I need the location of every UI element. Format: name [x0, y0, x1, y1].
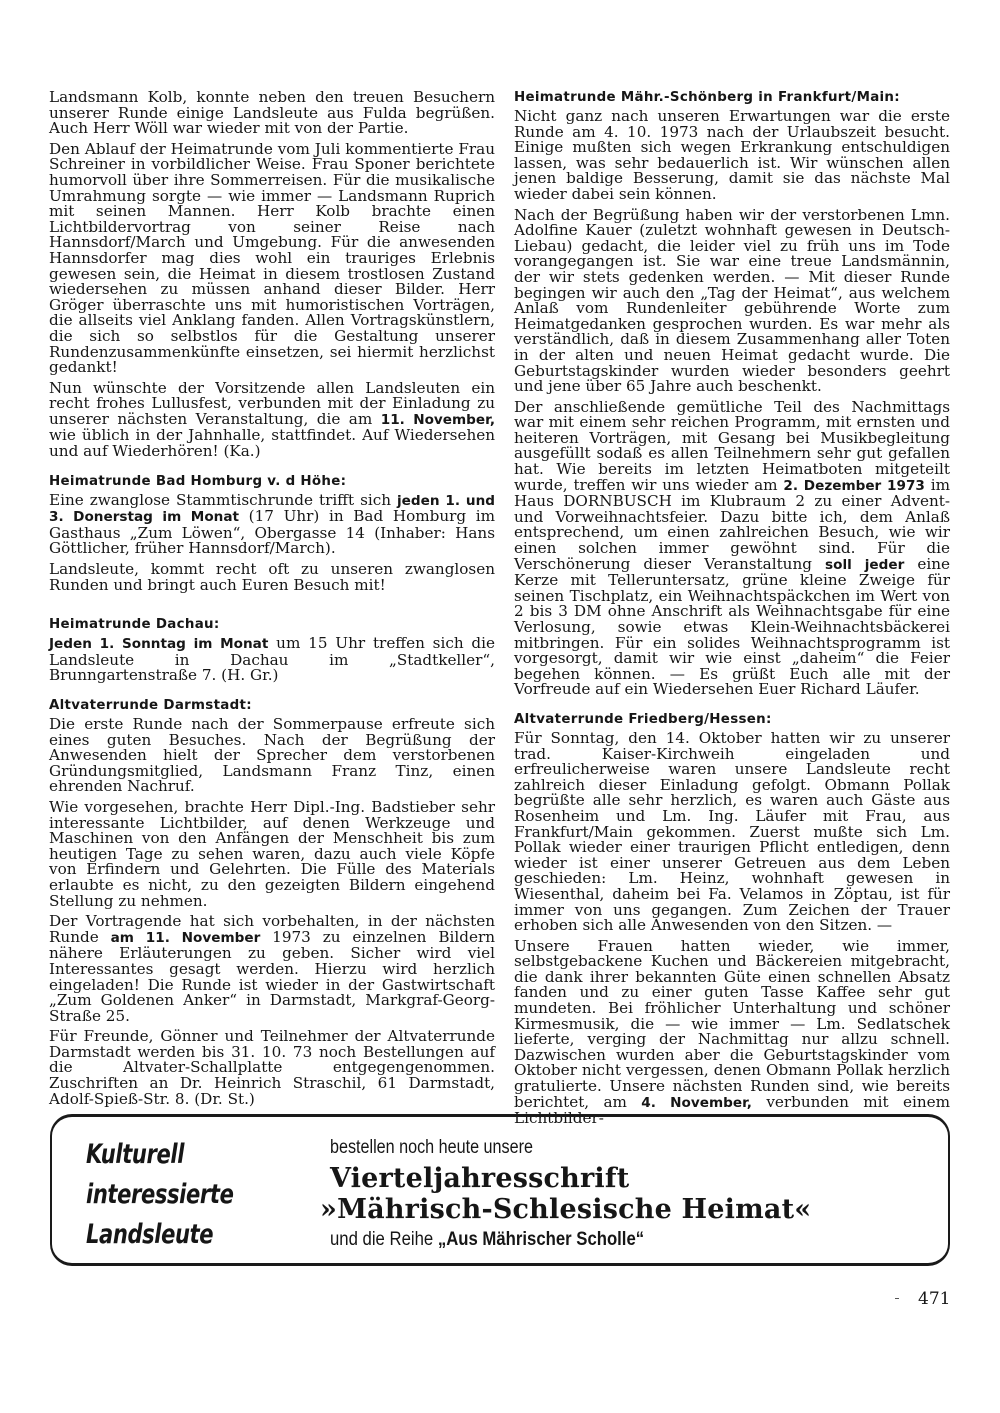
article-paragraph: Eine zwanglose Stammtischrunde trifft si…	[49, 493, 495, 557]
text-run: Für Sonntag, den 14. Oktober hatten wir …	[514, 729, 950, 934]
article-paragraph: Wie vorgesehen, brachte Herr Dipl.-Ing. …	[49, 800, 495, 909]
section-heading: Altvaterrunde Darmstadt:	[49, 698, 495, 714]
ad-intro-text: bestellen noch heute unsere	[330, 1137, 857, 1159]
article-paragraph: Jeden 1. Sonntag im Monat um 15 Uhr tref…	[49, 636, 495, 684]
section-heading: Heimatrunde Dachau:	[49, 617, 495, 633]
emphasized-text: am 11. November	[111, 930, 261, 946]
text-run: eine Kerze mit Telleruntersatz, grüne kl…	[514, 555, 950, 699]
ad-offer: bestellen noch heute unsere Vierteljahre…	[330, 1137, 950, 1251]
text-run: Für Freunde, Gönner und Teilnehmer der A…	[49, 1027, 495, 1107]
advertisement-box: Kulturell interessierte Landsleute beste…	[50, 1114, 950, 1266]
section-heading: Heimatrunde Bad Homburg v. d Höhe:	[49, 474, 495, 490]
article-paragraph: Nun wünschte der Vorsitzende allen Lands…	[49, 381, 495, 460]
text-run: Nicht ganz nach unseren Erwartungen war …	[514, 107, 950, 203]
text-run: Nach der Begrüßung haben wir der verstor…	[514, 206, 950, 396]
ad-slogan-line: interessierte	[86, 1175, 250, 1215]
scan-mark	[895, 1298, 899, 1299]
section-heading: Altvaterrunde Friedberg/Hessen:	[514, 712, 950, 728]
emphasized-text: Jeden 1. Sonntag im Monat	[49, 636, 268, 652]
ad-series-text: und die Reihe „Aus Mährischer Scholle“	[330, 1229, 876, 1251]
text-run: wie üblich in der Jahnhalle, stattfindet…	[49, 426, 495, 460]
article-paragraph: Den Ablauf der Heimatrunde vom Juli komm…	[49, 142, 495, 376]
ad-slogan: Kulturell interessierte Landsleute	[86, 1135, 296, 1255]
emphasized-text: 4. November,	[641, 1095, 752, 1111]
text-run: Eine zwanglose Stammtischrunde trifft si…	[49, 491, 397, 509]
text-run: Landsmann Kolb, konnte neben den treuen …	[49, 88, 495, 137]
emphasized-text: 2. Dezember 1973	[783, 478, 924, 494]
ad-series-prefix: und die Reihe	[330, 1229, 438, 1250]
ad-series-title: „Aus Mährischer Scholle“	[438, 1229, 644, 1250]
article-paragraph: Nach der Begrüßung haben wir der verstor…	[514, 208, 950, 395]
emphasized-text: soll jeder	[825, 557, 904, 573]
emphasized-text: 11. November,	[381, 412, 495, 428]
ad-slogan-line: Landsleute	[86, 1215, 250, 1255]
article-paragraph: Landsleute, kommt recht oft zu unseren z…	[49, 562, 495, 593]
article-paragraph: Nicht ganz nach unseren Erwartungen war …	[514, 109, 950, 203]
article-paragraph: Die erste Runde nach der Sommerpause erf…	[49, 717, 495, 795]
text-run: Die erste Runde nach der Sommerpause erf…	[49, 715, 495, 795]
article-paragraph: Der Vortragende hat sich vorbehalten, in…	[49, 914, 495, 1024]
left-column: Landsmann Kolb, konnte neben den treuen …	[49, 90, 495, 1112]
right-column: Heimatrunde Mähr.-Schönberg in Frankfurt…	[514, 90, 950, 1132]
text-run: Landsleute, kommt recht oft zu unseren z…	[49, 560, 495, 594]
article-paragraph: Für Sonntag, den 14. Oktober hatten wir …	[514, 731, 950, 934]
article-paragraph: Unsere Frauen hatten wieder, wie immer, …	[514, 939, 950, 1127]
ad-slogan-line: Kulturell	[86, 1135, 250, 1175]
text-run: Unsere Frauen hatten wieder, wie immer, …	[514, 937, 950, 1111]
article-paragraph: Für Freunde, Gönner und Teilnehmer der A…	[49, 1029, 495, 1107]
article-paragraph: Landsmann Kolb, konnte neben den treuen …	[49, 90, 495, 137]
page-number: 471	[918, 1289, 950, 1309]
text-run: Den Ablauf der Heimatrunde vom Juli komm…	[49, 140, 495, 376]
ad-publication-title: Vierteljahresschrift	[330, 1163, 950, 1194]
article-paragraph: Der anschließende gemütliche Teil des Na…	[514, 400, 950, 698]
section-heading: Heimatrunde Mähr.-Schönberg in Frankfurt…	[514, 90, 950, 106]
ad-publication-name: »Mährisch-Schlesische Heimat«	[320, 1194, 950, 1225]
text-run: Wie vorgesehen, brachte Herr Dipl.-Ing. …	[49, 798, 495, 910]
